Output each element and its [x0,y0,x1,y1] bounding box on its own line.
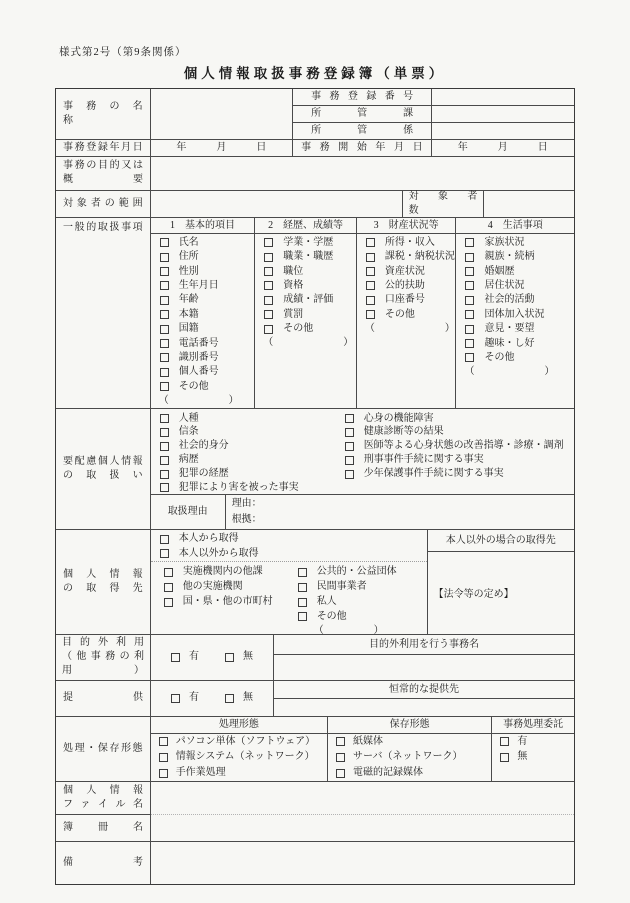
checkbox-icon[interactable] [465,238,474,247]
checkbox-item: 有 [492,734,574,750]
checkbox-list-life: 家族状況 親族・続柄 婚姻歴 [456,234,574,366]
checkbox-item: 本人以外から取得 [151,547,427,562]
checkbox-item: 年齢 [151,293,255,307]
checkbox-label: 賞罰 [283,308,303,322]
checkbox-label: 有 [517,735,527,749]
checkbox-label: パソコン単体（ソフトウェア） [176,735,315,749]
division-label: 所 管 課 [293,106,432,122]
checkbox-item: 他の実施機関 [151,580,296,595]
checkbox-item: 無 [492,750,574,766]
sensitive-right-list: 心身の機能障害 健康診断等の結果 医師等よる心身状態の改善指導・診療・調剤 [336,412,574,494]
checkbox-item: その他 [357,308,456,322]
checkbox-icon[interactable] [264,267,273,276]
checkbox-item: 少年保護事件手続に関する事実 [336,467,574,481]
source-right-block: 公共的・公益団体 民間事業者 私人 [296,565,427,638]
checkbox-icon[interactable] [465,253,474,262]
checkbox-icon[interactable] [160,339,169,348]
checkbox-item: 団体加入状況 [456,308,574,322]
other-paren[interactable]: （ ） [357,322,456,336]
checkbox-label: 少年保護事件手続に関する事実 [364,467,504,481]
checkbox-item: 職位 [255,264,356,278]
checkbox-label: 団体加入状況 [484,308,544,322]
checkbox-item: 氏名 [151,236,255,250]
checkbox-item: 識別番号 [151,351,255,365]
checkbox-label: その他 [317,610,347,624]
checkbox-item: 電話番号 [151,336,255,350]
checkbox-item: 課税・納税状況 [357,250,456,264]
sensitive-checkbox-area: 人種 信条 社会的身分 [151,409,574,494]
checkbox-icon[interactable] [366,238,375,247]
checkbox-icon[interactable] [298,612,307,621]
checkbox-label: 民間事業者 [317,580,367,594]
checkbox-item: 刑事事件手続に関する事実 [336,453,574,467]
purpose-input[interactable] [151,157,574,190]
general-col-property: 3 財産状況等 所得・収入 課税・納税状況 [357,218,457,408]
provision-no: 無 [225,691,253,705]
source-detail-area: 実施機関内の他課 他の実施機関 国・県・他の市町村 [151,561,427,638]
checkbox-label: 他の実施機関 [183,580,243,594]
other-paren[interactable]: （ ） [255,336,356,350]
no-label: 無 [243,650,253,664]
processing-form-col: 処理形態 パソコン単体（ソフトウェア） 情報システム（ネットワーク） [151,717,328,782]
outsourcing-list: 有 無 [492,734,574,766]
storage-form-header: 保存形態 [328,717,491,734]
checkbox-icon[interactable] [345,414,354,423]
checkbox-icon[interactable] [159,769,168,778]
checkbox-item: 婚姻歴 [456,264,574,278]
basis-line: 根拠： [232,512,574,528]
checkbox-icon[interactable] [465,267,474,276]
checkbox-item: 本籍 [151,308,255,322]
checkbox-label: 課税・納税状況 [385,250,455,264]
checkbox-label: 親族・続柄 [484,250,534,264]
general-col-life: 4 生活事項 家族状況 親族・続柄 [456,218,574,408]
checkbox-label: 公共的・公益団体 [317,565,397,579]
business-name-label: 事 務 の 名 称 [56,89,151,139]
row-sensitive-info: 要配慮個人情報 の 取 扱 い 人種 [56,409,574,530]
checkbox-icon[interactable] [298,568,307,577]
checkbox-item: 公的扶助 [357,279,456,293]
checkbox-icon[interactable] [366,253,375,262]
checkbox-label: 生年月日 [179,279,219,293]
row-info-source: 個 人 情 報 の 取 得 先 本人から取得 本人以外から取得 [56,530,574,635]
checkbox-item: 国・県・他の市町村 [151,595,296,610]
checkbox-label: 私人 [317,595,337,609]
checkbox-icon[interactable] [164,598,173,607]
source-right-list: 公共的・公益団体 民間事業者 私人 [296,565,427,624]
checkbox-icon[interactable] [298,583,307,592]
source-main: 本人から取得 本人以外から取得 実施 [151,530,428,634]
checkbox-label: 資産状況 [385,265,425,279]
checkbox-item: 私人 [296,595,427,610]
remarks-input[interactable] [151,842,574,884]
extra-use-right: 目的外利用を行う事務名 [274,635,574,680]
checkbox-item: その他 [456,351,574,365]
checkbox-icon[interactable] [336,737,345,746]
checkbox-item: 資産状況 [357,264,456,278]
checkbox-item: 賞罰 [255,308,356,322]
general-col-life-header: 4 生活事項 [456,218,574,234]
other-paren[interactable]: （ ） [456,365,574,379]
form-title: 個人情報取扱事務登録簿（単票） [55,62,575,82]
checkbox-icon[interactable] [160,414,169,423]
row-book-name: 簿 冊 名 [56,814,574,842]
checkbox-item: 個人番号 [151,365,255,379]
row-remarks: 備 考 [56,842,574,884]
checkbox-icon[interactable] [465,353,474,362]
registration-mini-table: 事務登録番号 所 管 課 所 管 係 [293,89,574,139]
handling-reason-input[interactable]: 理由： 根拠： [226,495,574,529]
checkbox-item: 心身の機能障害 [336,412,574,426]
other-source-input[interactable]: 【法令等の定め】 [428,552,574,634]
form-sheet: 様式第2号（第9条関係） 個人情報取扱事務登録簿（単票） 事 務 の 名 称 事… [0,0,630,903]
checkbox-icon[interactable] [160,549,169,558]
checkbox-label: 無 [517,750,527,764]
checkbox-item: 社会的身分 [151,439,336,453]
checkbox-icon[interactable] [225,694,234,703]
checkbox-item: 電磁的記録媒体 [328,765,491,781]
section-input[interactable] [432,123,574,139]
file-name-input[interactable] [151,782,574,814]
checkbox-item: 社会的活動 [456,293,574,307]
general-label: 一般的取扱事項 [56,218,151,408]
checkbox-label: 性別 [179,265,199,279]
checkbox-label: 本籍 [179,308,199,322]
checkbox-icon[interactable] [160,428,169,437]
checkbox-item: 口座番号 [357,293,456,307]
checkbox-icon[interactable] [345,428,354,437]
provision-header: 恒常的な提供先 [274,681,574,699]
sensitive-content: 人種 信条 社会的身分 [151,409,574,529]
checkbox-label: 情報システム（ネットワーク） [176,750,315,764]
checkbox-icon[interactable] [171,694,180,703]
checkbox-item: その他 [151,379,255,393]
business-name-input[interactable] [151,89,293,139]
row-dates: 事務登録年月日 年 月 日 事務開始年月日 年 月 日 [56,140,574,157]
reg-number-label: 事務登録番号 [293,89,432,105]
checkbox-item: 健康診断等の結果 [336,425,574,439]
checkbox-item: その他 [255,322,356,336]
checkbox-label: 電磁的記録媒体 [353,766,423,780]
start-date-input[interactable]: 年 月 日 [432,140,574,156]
form-code: 様式第2号（第9条関係） [59,44,187,59]
checkbox-item: 民間事業者 [296,580,427,595]
checkbox-icon[interactable] [345,442,354,451]
checkbox-icon[interactable] [160,368,169,377]
checkbox-item: 職業・職歴 [255,250,356,264]
checkbox-label: その他 [179,380,209,394]
checkbox-item: 所得・収入 [357,236,456,250]
checkbox-item: 家族状況 [456,236,574,250]
checkbox-label: 医師等よる心身状態の改善指導・診療・調剤 [364,439,564,453]
reg-number-input[interactable] [432,89,574,105]
reg-date-input[interactable]: 年 月 日 [151,140,293,156]
checkbox-icon[interactable] [160,483,169,492]
checkbox-icon[interactable] [160,470,169,479]
provision-input[interactable] [274,699,574,716]
checkbox-label: 個人番号 [179,365,219,379]
subject-count-label: 対 象 者 数 [403,191,485,217]
checkbox-icon[interactable] [298,598,307,607]
storage-form-col: 保存形態 紙媒体 サーバ（ネットワーク） [328,717,492,782]
checkbox-item: 信条 [151,425,336,439]
checkbox-icon[interactable] [264,310,273,319]
checkbox-label: 刑事事件手続に関する事実 [364,453,484,467]
no-label: 無 [243,691,253,705]
checkbox-label: 婚姻歴 [484,265,514,279]
checkbox-item: 病歴 [151,453,336,467]
checkbox-label: 公的扶助 [385,279,425,293]
checkbox-item: 人種 [151,412,336,426]
row-scope: 対象者の範囲 対 象 者 数 [56,191,574,218]
checkbox-item: 実施機関内の他課 [151,565,296,580]
checkbox-label: 成績・評価 [283,293,333,307]
checkbox-item: 学業・学歴 [255,236,356,250]
provision-yes-no: 有 無 [151,681,274,716]
scope-label: 対象者の範囲 [56,191,151,217]
subject-count-input[interactable] [484,191,574,217]
checkbox-item: 成績・評価 [255,293,356,307]
checkbox-label: 電話番号 [179,337,219,351]
checkbox-item: 居住状況 [456,279,574,293]
general-col-basic: 1 基本的項目 氏名 住所 [151,218,256,408]
other-source-header: 本人以外の場合の取得先 [428,530,574,552]
row-processing: 処理・保存形態 処理形態 パソコン単体（ソフトウェア） 情報システム（ネットワー… [56,717,574,783]
extra-use-yes-no: 有 無 [151,635,274,680]
row-purpose: 事務の目的又は 概 要 [56,157,574,191]
checkbox-item: 意見・要望 [456,322,574,336]
general-col-career-header: 2 経歴、成績等 [255,218,356,234]
checkbox-label: 意見・要望 [484,322,534,336]
purpose-label: 事務の目的又は 概 要 [56,157,151,190]
checkbox-item: 情報システム（ネットワーク） [151,750,327,766]
checkbox-label: その他 [283,322,313,336]
checkbox-icon[interactable] [160,442,169,451]
checkbox-item: 紙媒体 [328,734,491,750]
section-row: 所 管 係 [293,123,574,139]
checkbox-icon[interactable] [160,238,169,247]
checkbox-icon[interactable] [465,325,474,334]
checkbox-icon[interactable] [366,310,375,319]
checkbox-label: 識別番号 [179,351,219,365]
checkbox-icon[interactable] [336,753,345,762]
other-paren[interactable]: （ ） [151,394,255,408]
checkbox-label: 氏名 [179,236,199,250]
checkbox-label: 職業・職歴 [283,250,333,264]
checkbox-item: 資格 [255,279,356,293]
checkbox-icon[interactable] [345,456,354,465]
checkbox-icon[interactable] [366,296,375,305]
checkbox-label: サーバ（ネットワーク） [353,750,463,764]
checkbox-icon[interactable] [159,737,168,746]
checkbox-item: その他 [296,609,427,624]
file-name-label: 個 人 情 報 ファイル名 [56,782,151,814]
general-col-property-header: 3 財産状況等 [357,218,456,234]
checkbox-label: 趣味・し好 [484,337,534,351]
checkbox-label: 居住状況 [484,279,524,293]
checkbox-label: 手作業処理 [176,766,226,780]
outsourcing-col: 事務処理委託 有 無 [492,717,574,782]
remarks-label: 備 考 [56,842,151,884]
row-provision: 提 供 有 無 恒常的な提供先 [56,681,574,717]
checkbox-icon[interactable] [160,353,169,362]
source-left-list: 実施機関内の他課 他の実施機関 国・県・他の市町村 [151,565,296,638]
general-col-career: 2 経歴、成績等 学業・学歴 職業・職歴 [255,218,357,408]
sensitive-label: 要配慮個人情報 の 取 扱 い [56,409,151,529]
checkbox-icon[interactable] [264,253,273,262]
checkbox-icon[interactable] [160,382,169,391]
checkbox-icon[interactable] [465,281,474,290]
checkbox-icon[interactable] [366,267,375,276]
checkbox-item: 公共的・公益団体 [296,565,427,580]
extra-use-name-input[interactable] [274,655,574,680]
checkbox-item: 趣味・し好 [456,336,574,350]
checkbox-label: 国籍 [179,322,199,336]
start-date-label: 事務開始年月日 [293,140,432,156]
checkbox-label: 犯罪の経歴 [179,467,229,481]
processing-form-list: パソコン単体（ソフトウェア） 情報システム（ネットワーク） 手作業処理 [151,734,327,781]
checkbox-icon[interactable] [160,456,169,465]
extra-use-no: 無 [225,650,253,664]
checkbox-icon[interactable] [160,535,169,544]
checkbox-item: 住所 [151,250,255,264]
checkbox-label: 口座番号 [385,293,425,307]
checkbox-label: 国・県・他の市町村 [183,595,273,609]
checkbox-icon[interactable] [336,769,345,778]
checkbox-icon[interactable] [264,281,273,290]
yes-label: 有 [189,691,199,705]
checkbox-label: 紙媒体 [353,735,383,749]
checkbox-label: 住所 [179,250,199,264]
checkbox-icon[interactable] [160,267,169,276]
provision-label: 提 供 [56,681,151,716]
processing-form-header: 処理形態 [151,717,327,734]
checkbox-icon[interactable] [171,653,180,662]
checkbox-icon[interactable] [160,296,169,305]
checkbox-icon[interactable] [500,753,509,762]
checkbox-list-property: 所得・収入 課税・納税状況 資産状況 [357,234,456,322]
checkbox-label: 実施機関内の他課 [183,565,263,579]
division-row: 所 管 課 [293,106,574,123]
sensitive-left-list: 人種 信条 社会的身分 [151,412,336,494]
checkbox-item: 手作業処理 [151,765,327,781]
scope-input[interactable] [151,191,403,217]
checkbox-label: 心身の機能障害 [364,412,434,426]
division-input[interactable] [432,106,574,122]
checkbox-icon[interactable] [345,470,354,479]
extra-use-label: 目的外利用 （他事務の利 用 ） [56,635,151,680]
checkbox-item: 本人から取得 [151,532,427,547]
reg-date-placeholder: 年 月 日 [176,140,266,155]
checkbox-label: 社会的身分 [179,439,229,453]
checkbox-label: 年齢 [179,293,199,307]
checkbox-label: 社会的活動 [484,293,534,307]
checkbox-icon[interactable] [159,753,168,762]
outsourcing-header: 事務処理委託 [492,717,574,734]
start-date-placeholder: 年 月 日 [458,140,548,155]
row-file-name: 個 人 情 報 ファイル名 [56,782,574,814]
extra-use-name-header: 目的外利用を行う事務名 [274,635,574,655]
source-top-list: 本人から取得 本人以外から取得 [151,530,427,561]
checkbox-icon[interactable] [225,653,234,662]
checkbox-icon[interactable] [160,325,169,334]
reg-number-row: 事務登録番号 [293,89,574,106]
checkbox-icon[interactable] [160,310,169,319]
provision-right: 恒常的な提供先 [274,681,574,716]
checkbox-icon[interactable] [465,339,474,348]
checkbox-label: 人種 [179,412,199,426]
checkbox-item: 生年月日 [151,279,255,293]
checkbox-label: 職位 [283,265,303,279]
checkbox-label: 健康診断等の結果 [364,425,444,439]
checkbox-icon[interactable] [465,310,474,319]
checkbox-list-basic: 氏名 住所 性別 [151,234,255,394]
checkbox-item: 国籍 [151,322,255,336]
checkbox-label: 資格 [283,279,303,293]
checkbox-icon[interactable] [264,325,273,334]
checkbox-item: サーバ（ネットワーク） [328,750,491,766]
reason-line: 理由： [232,496,574,512]
row-extra-use: 目的外利用 （他事務の利 用 ） 有 無 目的外利用を行う事務名 [56,635,574,681]
checkbox-icon[interactable] [366,281,375,290]
checkbox-icon[interactable] [465,296,474,305]
extra-use-yes: 有 [171,650,199,664]
checkbox-icon[interactable] [264,296,273,305]
processing-label: 処理・保存形態 [56,717,151,782]
checkbox-label: 信条 [179,425,199,439]
checkbox-label: その他 [484,351,514,365]
checkbox-item: 性別 [151,264,255,278]
registry-table: 事 務 の 名 称 事務登録番号 所 管 課 [55,88,575,885]
handling-reason-row: 取扱理由 理由： 根拠： [151,494,574,529]
checkbox-label: 所得・収入 [385,236,435,250]
checkbox-label: 家族状況 [484,236,524,250]
handling-reason-label: 取扱理由 [151,495,226,529]
source-label: 個 人 情 報 の 取 得 先 [56,530,151,634]
law-note: 【法令等の定め】 [434,589,514,600]
checkbox-icon[interactable] [160,281,169,290]
checkbox-item: 犯罪の経歴 [151,467,336,481]
checkbox-item: 医師等よる心身状態の改善指導・診療・調剤 [336,439,574,453]
row-business-name: 事 務 の 名 称 事務登録番号 所 管 課 [56,89,574,140]
other-source-block: 本人以外の場合の取得先 【法令等の定め】 [428,530,574,634]
reg-date-label: 事務登録年月日 [56,140,151,156]
checkbox-icon[interactable] [164,583,173,592]
checkbox-icon[interactable] [164,568,173,577]
checkbox-icon[interactable] [160,253,169,262]
yes-label: 有 [189,650,199,664]
checkbox-label: 病歴 [179,453,199,467]
provision-yes: 有 [171,691,199,705]
checkbox-icon[interactable] [500,737,509,746]
book-name-input[interactable] [151,814,574,841]
checkbox-item: パソコン単体（ソフトウェア） [151,734,327,750]
checkbox-label: 本人から取得 [179,532,239,546]
checkbox-item: 親族・続柄 [456,250,574,264]
checkbox-label: 学業・学歴 [283,236,333,250]
general-col-basic-header: 1 基本的項目 [151,218,255,234]
storage-form-list: 紙媒体 サーバ（ネットワーク） 電磁的記録媒体 [328,734,491,781]
section-label: 所 管 係 [293,123,432,139]
checkbox-list-career: 学業・学歴 職業・職歴 職位 [255,234,356,337]
checkbox-icon[interactable] [264,238,273,247]
checkbox-label: その他 [385,308,415,322]
row-general-items: 一般的取扱事項 1 基本的項目 氏名 住所 [56,218,574,409]
book-name-label: 簿 冊 名 [56,814,151,841]
checkbox-label: 本人以外から取得 [179,547,259,561]
